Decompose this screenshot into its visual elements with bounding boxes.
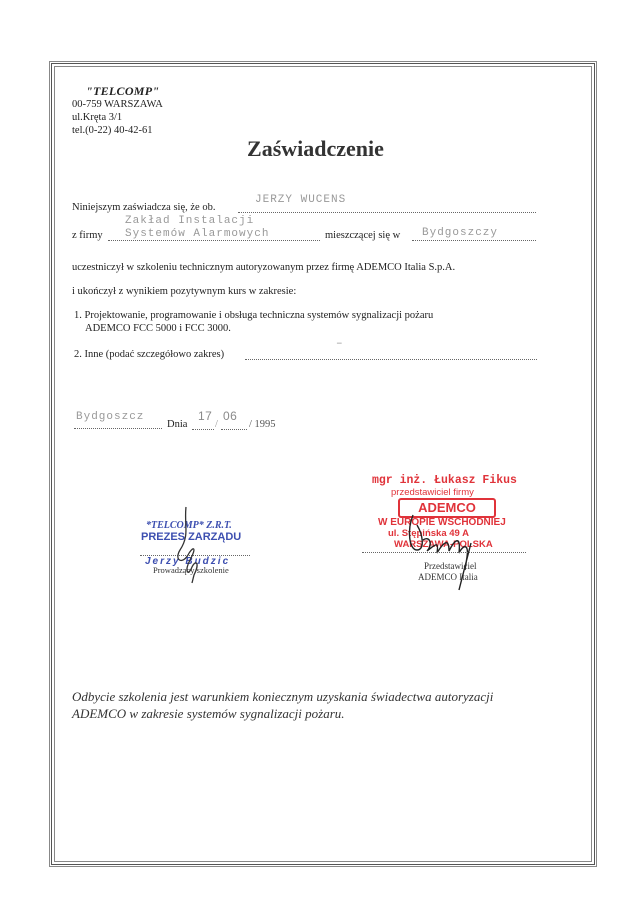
course-item-1: 1. Projektowanie, programowanie i obsług… [74, 310, 433, 321]
course-item-2-value: – [336, 338, 344, 350]
date-place: Bydgoszcz [76, 411, 144, 423]
footer-note-line1: Odbycie szkolenia jest warunkiem koniecz… [72, 688, 493, 705]
item2-field-line [245, 350, 537, 360]
company-phone: tel.(0-22) 40-42-61 [72, 125, 152, 136]
participated-text: uczestniczył w szkoleniu technicznym aut… [72, 262, 455, 273]
date-separator: / [215, 419, 218, 430]
document-title: Zaświadczenie [0, 136, 631, 162]
footer-note: Odbycie szkolenia jest warunkiem koniecz… [72, 688, 493, 722]
footer-note-line2: ADEMCO w zakresie systemów sygnalizacji … [72, 705, 493, 722]
date-month: 06 [223, 409, 237, 423]
firm-name-line1: Zakład Instalacji [125, 215, 254, 227]
document-border [51, 63, 595, 865]
firm-name-line2: Systemów Alarmowych [125, 228, 269, 240]
right-signature-role-line2: ADEMCO Italia [418, 572, 478, 582]
date-day: 17 [198, 409, 212, 423]
located-label: mieszczącej się w [325, 230, 400, 241]
date-year: / 1995 [249, 419, 276, 430]
company-name: "TELCOMP" [86, 84, 159, 99]
right-signature-line [362, 543, 526, 553]
firm-label: z firmy [72, 230, 103, 241]
course-item-1-products: ADEMCO FCC 5000 i FCC 3000. [85, 323, 231, 334]
right-signature-role-line1: Przedstawiciel [424, 561, 476, 571]
located-city: Bydgoszczy [422, 227, 498, 239]
left-handwritten-signature [170, 505, 210, 585]
person-name: JERZY WUCENS [255, 194, 346, 206]
date-label: Dnia [167, 419, 187, 430]
certify-label: Niniejszym zaświadcza się, że ob. [72, 202, 215, 213]
ademco-stamp-line1: mgr inż. Łukasz Fikus [372, 474, 517, 487]
completed-text: i ukończył z wynikiem pozytywnym kurs w … [72, 286, 296, 297]
course-item-2-label: 2. Inne (podać szczegółowo zakres) [74, 349, 224, 360]
company-address-street: ul.Kręta 3/1 [72, 112, 122, 123]
company-address-city: 00-759 WARSZAWA [72, 99, 163, 110]
